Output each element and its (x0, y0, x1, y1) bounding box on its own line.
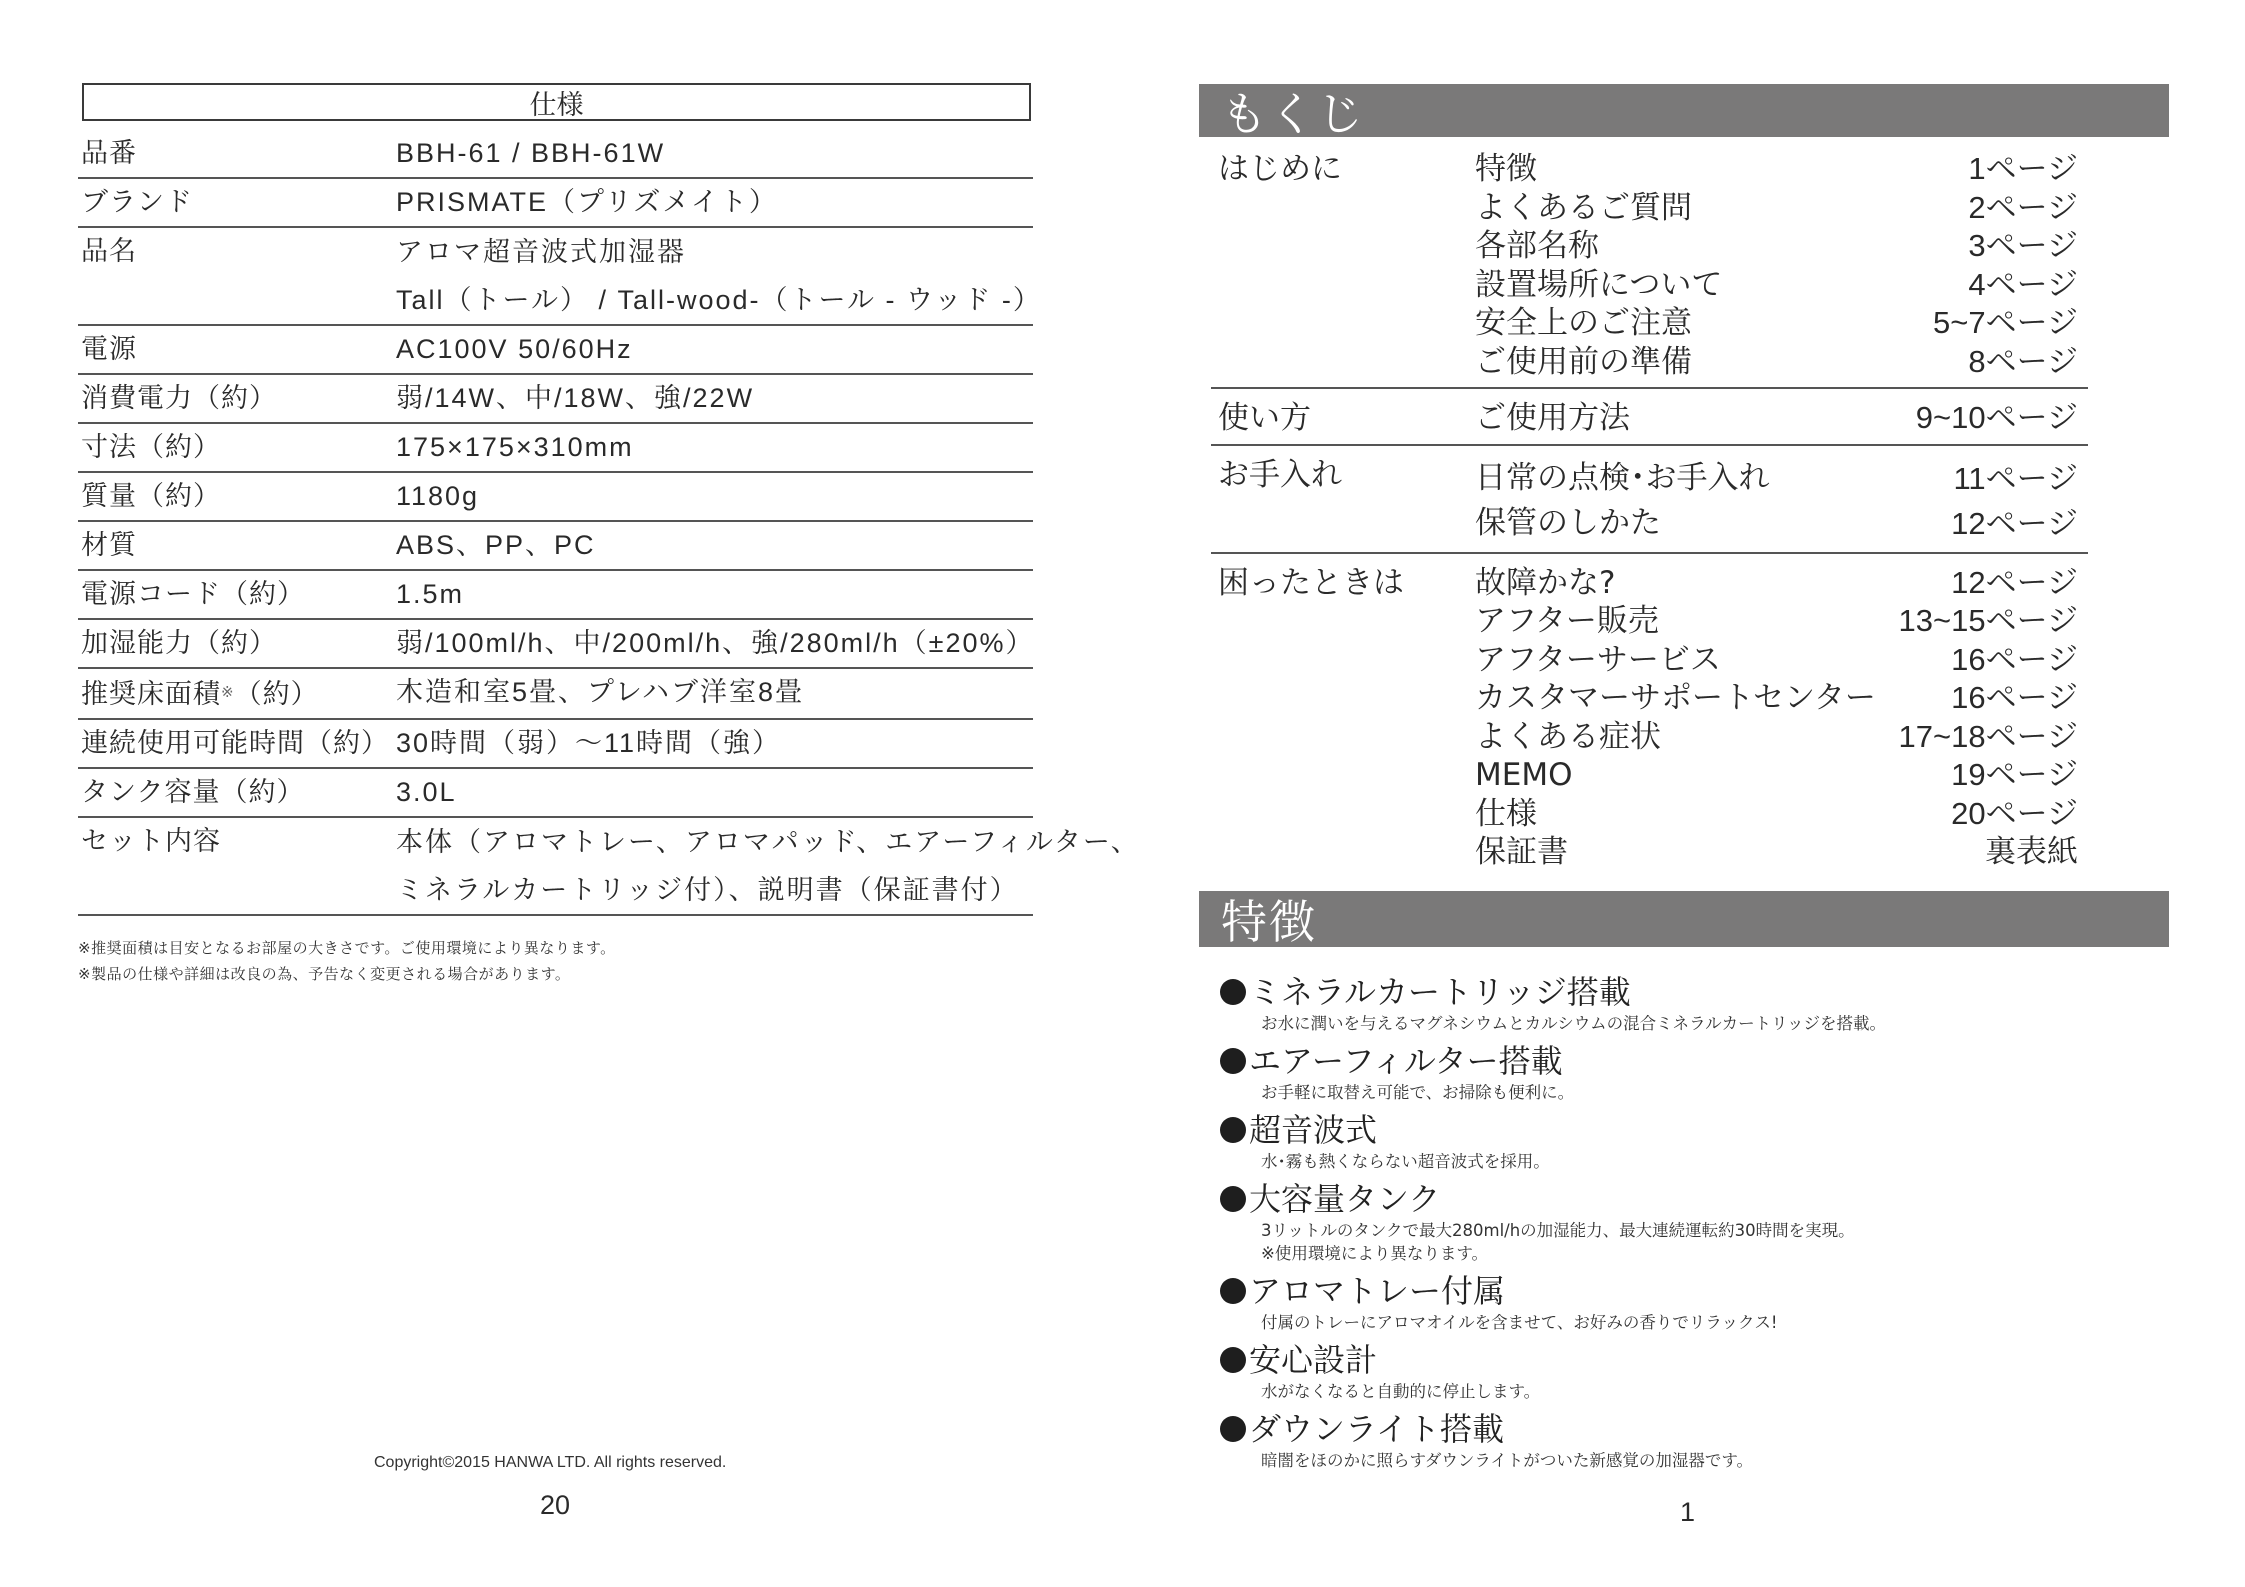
toc-item-page: 2ページ (1968, 189, 2088, 228)
spec-table: 品番 BBH-61 / BBH-61W ブランド PRISMATE（プリズメイト… (78, 130, 1033, 916)
toc-item-label: カスタマーサポートセンター (1475, 679, 1876, 718)
spec-row-humidifying-capacity: 加湿能力（約） 弱/100ml/h、中/200ml/h、強/280ml/h（±2… (78, 620, 1033, 669)
spec-row-recommended-area: 推奨床面積※（約） 木造和室5畳、プレハブ洋室8畳 (78, 669, 1033, 720)
feature-item: アロマトレー付属 付属のトレーにアロマオイルを含ませて、お好みの香りでリラックス… (1220, 1271, 2160, 1334)
toc-item[interactable]: アフターサービス16ページ (1475, 641, 2088, 680)
toc-item-label: 安全上のご注意 (1475, 304, 1692, 343)
toc-item-page: 5~7ページ (1933, 304, 2088, 343)
toc-item-page: 4ページ (1968, 266, 2088, 305)
toc-item-label: アフター販売 (1475, 602, 1659, 641)
toc-item-label: 設置場所について (1475, 266, 1722, 305)
spec-label-text: 推奨床面積 (81, 679, 221, 710)
feature-item: 大容量タンク 3リットルのタンクで最大280ml/hの加湿能力、最大連続運転約3… (1220, 1179, 2160, 1265)
feature-title: 超音波式 (1249, 1110, 1377, 1150)
toc-item-page: 13~15ページ (1899, 602, 2088, 641)
feature-description: お手軽に取替え可能で、お掃除も便利に。 (1220, 1081, 2160, 1104)
spec-row-continuous-use-time: 連続使用可能時間（約） 30時間（弱）～11時間（強） (78, 720, 1033, 769)
toc-item[interactable]: 故障かな?12ページ (1475, 564, 2088, 603)
toc-item[interactable]: MEMO19ページ (1475, 756, 2088, 795)
feature-description: お水に潤いを与えるマグネシウムとカルシウムの混合ミネラルカートリッジを搭載。 (1220, 1012, 2160, 1035)
bullet-icon (1220, 1117, 1246, 1143)
toc-item-label: ご使用前の準備 (1475, 343, 1692, 382)
spec-label: 寸法（約） (78, 424, 396, 471)
spec-value: 木造和室5畳、プレハブ洋室8畳 (396, 669, 1033, 716)
spec-row-brand: ブランド PRISMATE（プリズメイト） (78, 179, 1033, 228)
feature-item: 超音波式 水･霧も熱くならない超音波式を採用。 (1220, 1110, 2160, 1173)
toc-section-label: お手入れ (1211, 456, 1475, 546)
toc-item-page: 12ページ (1951, 501, 2088, 546)
toc-item[interactable]: 安全上のご注意5~7ページ (1475, 304, 2088, 343)
toc-item[interactable]: 特徴1ページ (1475, 150, 2088, 189)
toc-item-page: 12ページ (1951, 564, 2088, 603)
feature-description: 付属のトレーにアロマオイルを含ませて、お好みの香りでリラックス! (1220, 1311, 2160, 1334)
toc-item-label: 保管のしかた (1475, 501, 1661, 546)
spec-label: ブランド (78, 179, 396, 226)
toc-item-label: 故障かな? (1475, 564, 1615, 603)
toc-item-label: アフターサービス (1475, 641, 1721, 680)
feature-description: 3リットルのタンクで最大280ml/hの加湿能力、最大連続運転約30時間を実現。 (1220, 1219, 2160, 1242)
toc-item[interactable]: ご使用前の準備8ページ (1475, 343, 2088, 382)
copyright-notice: Copyright©2015 HANWA LTD. All rights res… (374, 1454, 726, 1472)
toc-header: もくじ (1199, 84, 2169, 137)
toc-item-label: よくある症状 (1475, 718, 1661, 757)
spec-row-product-name: 品名 アロマ超音波式加湿器 Tall（トール） / Tall-wood-（トール… (78, 228, 1033, 326)
spec-label: 連続使用可能時間（約） (78, 720, 396, 767)
feature-description: 水がなくなると自動的に停止します。 (1220, 1380, 2160, 1403)
toc-item[interactable]: よくある症状17~18ページ (1475, 718, 2088, 757)
spec-row-power-consumption: 消費電力（約） 弱/14W、中/18W、強/22W (78, 375, 1033, 424)
feature-description: 暗闇をほのかに照らすダウンライトがついた新感覚の加湿器です。 (1220, 1449, 2160, 1472)
toc-item[interactable]: カスタマーサポートセンター16ページ (1475, 679, 2088, 718)
spec-value: Tall（トール） / Tall-wood-（トール - ウッド -） (396, 276, 1042, 324)
toc-item[interactable]: ご使用方法9~10ページ (1475, 399, 2088, 438)
footnote: ※製品の仕様や詳細は改良の為、予告なく変更される場合があります。 (78, 963, 570, 984)
toc-item[interactable]: 各部名称3ページ (1475, 227, 2088, 266)
bullet-icon (1220, 1416, 1246, 1442)
toc-item[interactable]: 保管のしかた12ページ (1475, 501, 2088, 546)
toc-item-label: ご使用方法 (1475, 399, 1630, 438)
spec-value: 1.5m (396, 571, 1033, 618)
feature-title: アロマトレー付属 (1249, 1271, 1505, 1311)
spec-label: 電源コード（約） (78, 571, 396, 618)
spec-value: 弱/100ml/h、中/200ml/h、強/280ml/h（±20%） (396, 620, 1035, 667)
spec-value: 175×175×310mm (396, 424, 1033, 471)
toc-title: もくじ (1221, 78, 1365, 144)
feature-item: ダウンライト搭載 暗闇をほのかに照らすダウンライトがついた新感覚の加湿器です。 (1220, 1409, 2160, 1472)
toc-item-page: 20ページ (1951, 795, 2088, 834)
feature-item: 安心設計 水がなくなると自動的に停止します。 (1220, 1340, 2160, 1403)
toc-item-page: 19ページ (1951, 756, 2088, 795)
spec-label: 品名 (78, 228, 396, 275)
toc-item-page: 16ページ (1951, 679, 2088, 718)
toc-item-label: 保証書 (1475, 833, 1568, 872)
spec-value: AC100V 50/60Hz (396, 326, 1033, 373)
toc-item-page: 9~10ページ (1916, 399, 2088, 438)
spec-title-text: 仕様 (530, 83, 584, 122)
spec-value: 弱/14W、中/18W、強/22W (396, 375, 1033, 422)
toc-item-label: 日常の点検･お手入れ (1475, 456, 1770, 501)
spec-label: 推奨床面積※（約） (78, 669, 396, 718)
page-number: 1 (1680, 1497, 1695, 1528)
spec-row-package-contents: セット内容 本体（アロマトレー、アロマパッド、エアーフィルター、 ミネラルカート… (78, 818, 1033, 916)
spec-label: 電源 (78, 326, 396, 373)
features-header: 特徴 (1199, 891, 2169, 947)
bullet-icon (1220, 1186, 1246, 1212)
toc-item[interactable]: 保証書裏表紙 (1475, 833, 2088, 872)
toc-item-page: 1ページ (1968, 150, 2088, 189)
spec-row-power-supply: 電源 AC100V 50/60Hz (78, 326, 1033, 375)
toc-group-maintenance: お手入れ 日常の点検･お手入れ11ページ 保管のしかた12ページ (1211, 456, 2088, 554)
bullet-icon (1220, 1347, 1246, 1373)
toc-item[interactable]: アフター販売13~15ページ (1475, 602, 2088, 641)
spec-row-model-number: 品番 BBH-61 / BBH-61W (78, 130, 1033, 179)
spec-row-power-cord: 電源コード（約） 1.5m (78, 571, 1033, 620)
toc-item-label: MEMO (1475, 756, 1572, 795)
spec-row-dimensions: 寸法（約） 175×175×310mm (78, 424, 1033, 473)
spec-label: 品番 (78, 130, 396, 177)
spec-label-suffix: （約） (235, 679, 319, 710)
spec-value: PRISMATE（プリズメイト） (396, 179, 1033, 226)
toc-item-page: 17~18ページ (1899, 718, 2088, 757)
spec-value: 1180g (396, 473, 1033, 520)
spec-title: 仕様 (82, 83, 1031, 121)
feature-description: 水･霧も熱くならない超音波式を採用。 (1220, 1150, 2160, 1173)
feature-title: 大容量タンク (1249, 1179, 1440, 1219)
page-number: 20 (540, 1490, 570, 1521)
spec-value: ABS、PP、PC (396, 522, 1033, 569)
bullet-icon (1220, 979, 1246, 1005)
toc-group-introduction: はじめに 特徴1ページ よくあるご質問2ページ 各部名称3ページ 設置場所につい… (1211, 150, 2088, 389)
feature-item: ミネラルカートリッジ搭載 お水に潤いを与えるマグネシウムとカルシウムの混合ミネラ… (1220, 972, 2160, 1035)
toc-item-page: 11ページ (1953, 456, 2088, 501)
spec-value: 30時間（弱）～11時間（強） (396, 720, 1033, 767)
feature-title: ミネラルカートリッジ搭載 (1249, 972, 1631, 1012)
spec-row-weight: 質量（約） 1180g (78, 473, 1033, 522)
spec-label: 材質 (78, 522, 396, 569)
asterisk-note: ※ (221, 683, 235, 701)
spec-label: セット内容 (78, 818, 396, 865)
spec-label: 質量（約） (78, 473, 396, 520)
toc-item-label: 仕様 (1475, 795, 1537, 834)
spec-value: ミネラルカートリッジ付）、説明書（保証書付） (396, 866, 1140, 914)
feature-title: ダウンライト搭載 (1249, 1409, 1504, 1449)
toc-section-label: はじめに (1211, 150, 1475, 381)
spec-label: 加湿能力（約） (78, 620, 396, 667)
toc-item[interactable]: 仕様20ページ (1475, 795, 2088, 834)
toc-item-page: 裏表紙 (1985, 833, 2088, 872)
features-title: 特徴 (1221, 886, 1317, 952)
bullet-icon (1220, 1048, 1246, 1074)
toc-section-label: 困ったときは (1211, 564, 1475, 872)
toc-item-label: よくあるご質問 (1475, 189, 1692, 228)
toc-section-label: 使い方 (1211, 399, 1475, 438)
feature-title: 安心設計 (1249, 1340, 1377, 1380)
spec-row-material: 材質 ABS、PP、PC (78, 522, 1033, 571)
toc-group-troubleshooting: 困ったときは 故障かな?12ページ アフター販売13~15ページ アフターサービ… (1211, 564, 2088, 878)
bullet-icon (1220, 1278, 1246, 1304)
toc-item-page: 3ページ (1968, 227, 2088, 266)
toc-item[interactable]: よくあるご質問2ページ (1475, 189, 2088, 228)
toc-item-label: 各部名称 (1475, 227, 1599, 266)
feature-item: エアーフィルター搭載 お手軽に取替え可能で、お掃除も便利に。 (1220, 1041, 2160, 1104)
toc-item[interactable]: 日常の点検･お手入れ11ページ (1475, 456, 2088, 501)
table-of-contents: はじめに 特徴1ページ よくあるご質問2ページ 各部名称3ページ 設置場所につい… (1211, 150, 2088, 888)
toc-item-page: 16ページ (1951, 641, 2088, 680)
toc-item-page: 8ページ (1968, 343, 2088, 382)
spec-value: 3.0L (396, 769, 1033, 816)
toc-item-label: 特徴 (1475, 150, 1537, 189)
toc-group-usage: 使い方 ご使用方法9~10ページ (1211, 399, 2088, 446)
spec-value: 本体（アロマトレー、アロマパッド、エアーフィルター、 (396, 818, 1140, 866)
toc-item[interactable]: 設置場所について4ページ (1475, 266, 2088, 305)
spec-value: アロマ超音波式加湿器 (396, 228, 1042, 276)
spec-label: 消費電力（約） (78, 375, 396, 422)
spec-label: タンク容量（約） (78, 769, 396, 816)
spec-value: BBH-61 / BBH-61W (396, 130, 1033, 177)
features-list: ミネラルカートリッジ搭載 お水に潤いを与えるマグネシウムとカルシウムの混合ミネラ… (1220, 972, 2160, 1478)
feature-title: エアーフィルター搭載 (1249, 1041, 1563, 1081)
spec-row-tank-capacity: タンク容量（約） 3.0L (78, 769, 1033, 818)
feature-note: ※使用環境により異なります。 (1220, 1242, 2160, 1265)
footnote: ※推奨面積は目安となるお部屋の大きさです。ご使用環境により異なります。 (78, 937, 616, 958)
